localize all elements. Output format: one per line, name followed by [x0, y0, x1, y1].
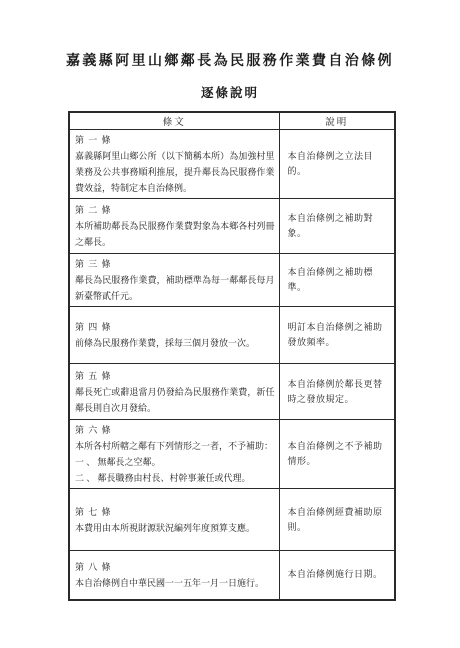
article-text: 鄰長為民服務作業費，補助標準為每一鄰鄰長每月新臺幣貳仟元。 — [75, 272, 275, 304]
explanation-cell: 本自治條例之不予補助情形。 — [279, 420, 395, 489]
article-cell: 第 四 條前條為民服務作業費，採每三個月發放一次。 — [69, 307, 279, 364]
table-body: 第 一 條嘉義縣阿里山鄉公所（以下簡稱本所）為加強村里業務及公共事務順利推展，提… — [69, 130, 395, 600]
table-row: 第 四 條前條為民服務作業費，採每三個月發放一次。明訂本自治條例之補助發放頻率。 — [69, 307, 395, 364]
article-number: 第 六 條 — [75, 422, 275, 438]
table-row: 第 五 條鄰長死亡或辭退當月仍發給為民服務作業費，新任鄰長則自次月發給。本自治條… — [69, 364, 395, 420]
article-cell: 第 一 條嘉義縣阿里山鄉公所（以下簡稱本所）為加強村里業務及公共事務順利推展，提… — [69, 130, 279, 199]
table-row: 第 六 條本所各村所轄之鄰有下列情形之一者，不予補助：一 、 無鄰長之空鄰。二 … — [69, 420, 395, 489]
article-number: 第 四 條 — [75, 319, 275, 335]
article-number: 第 五 條 — [75, 368, 275, 384]
article-cell: 第 五 條鄰長死亡或辭退當月仍發給為民服務作業費，新任鄰長則自次月發給。 — [69, 364, 279, 420]
explanation-text: 本自治條例之不予補助情形。 — [288, 439, 391, 469]
explanation-cell: 本自治條例之補助對象。 — [279, 199, 395, 254]
explanation-cell: 本自治條例於鄰長更替時之發放規定。 — [279, 364, 395, 420]
article-number: 第 一 條 — [75, 132, 275, 148]
articles-table: 條文 說明 第 一 條嘉義縣阿里山鄉公所（以下簡稱本所）為加強村里業務及公共事務… — [68, 111, 396, 601]
table-row: 第 三 條鄰長為民服務作業費，補助標準為每一鄰鄰長每月新臺幣貳仟元。本自治條例之… — [69, 254, 395, 307]
document-title: 嘉義縣阿里山鄉鄰長為民服務作業費自治條例 — [0, 52, 460, 72]
article-number: 第 三 條 — [75, 256, 275, 272]
explanation-text: 本自治條例之補助標準。 — [288, 265, 391, 295]
explanation-text: 本自治條例於鄰長更替時之發放規定。 — [288, 377, 391, 407]
article-text: 二 、 鄰長職務由村長、村幹事兼任或代理。 — [75, 470, 275, 486]
article-cell: 第 八 條本自治條例自中華民國一一五年一月一日施行。 — [69, 551, 279, 600]
article-text: 一 、 無鄰長之空鄰。 — [75, 454, 275, 470]
article-number: 第 八 條 — [75, 559, 275, 575]
explanation-cell: 明訂本自治條例之補助發放頻率。 — [279, 307, 395, 364]
article-cell: 第 六 條本所各村所轄之鄰有下列情形之一者，不予補助：一 、 無鄰長之空鄰。二 … — [69, 420, 279, 489]
explanation-cell: 本自治條例之立法目的。 — [279, 130, 395, 199]
explanation-cell: 本自治條例經費補助原則。 — [279, 489, 395, 551]
article-cell: 第 七 條本費用由本所視財源狀況編列年度預算支應。 — [69, 489, 279, 551]
document-page: 嘉義縣阿里山鄉鄰長為民服務作業費自治條例 逐條說明 條文 說明 第 一 條嘉義縣… — [0, 0, 460, 648]
explanation-text: 本自治條例之立法目的。 — [288, 149, 391, 179]
explanation-text: 本自治條例經費補助原則。 — [288, 505, 391, 535]
explanation-cell: 本自治條例之補助標準。 — [279, 254, 395, 307]
article-text: 本所各村所轄之鄰有下列情形之一者，不予補助： — [75, 438, 275, 454]
explanation-text: 本自治條例施行日期。 — [288, 567, 391, 582]
article-text: 本自治條例自中華民國一一五年一月一日施行。 — [75, 575, 275, 591]
table-row: 第 一 條嘉義縣阿里山鄉公所（以下簡稱本所）為加強村里業務及公共事務順利推展，提… — [69, 130, 395, 199]
article-number: 第 七 條 — [75, 504, 275, 520]
article-text: 前條為民服務作業費，採每三個月發放一次。 — [75, 335, 275, 351]
table-row: 第 七 條本費用由本所視財源狀況編列年度預算支應。本自治條例經費補助原則。 — [69, 489, 395, 551]
explanation-text: 明訂本自治條例之補助發放頻率。 — [288, 320, 391, 350]
article-text: 本所補助鄰長為民服務作業費對象為本鄉各村列冊之鄰長。 — [75, 218, 275, 250]
explanation-cell: 本自治條例施行日期。 — [279, 551, 395, 600]
explanation-text: 本自治條例之補助對象。 — [288, 211, 391, 241]
table-row: 第 二 條本所補助鄰長為民服務作業費對象為本鄉各村列冊之鄰長。本自治條例之補助對… — [69, 199, 395, 254]
article-cell: 第 二 條本所補助鄰長為民服務作業費對象為本鄉各村列冊之鄰長。 — [69, 199, 279, 254]
article-text: 本費用由本所視財源狀況編列年度預算支應。 — [75, 520, 275, 536]
table-row: 第 八 條本自治條例自中華民國一一五年一月一日施行。本自治條例施行日期。 — [69, 551, 395, 600]
column-header-explanation: 說明 — [279, 112, 395, 130]
article-text: 鄰長死亡或辭退當月仍發給為民服務作業費，新任鄰長則自次月發給。 — [75, 384, 275, 416]
article-cell: 第 三 條鄰長為民服務作業費，補助標準為每一鄰鄰長每月新臺幣貳仟元。 — [69, 254, 279, 307]
article-number: 第 二 條 — [75, 202, 275, 218]
document-subtitle: 逐條說明 — [0, 85, 460, 101]
article-text: 嘉義縣阿里山鄉公所（以下簡稱本所）為加強村里業務及公共事務順利推展，提升鄰長為民… — [75, 148, 275, 196]
column-header-article: 條文 — [69, 112, 279, 130]
table-header-row: 條文 說明 — [69, 112, 395, 130]
